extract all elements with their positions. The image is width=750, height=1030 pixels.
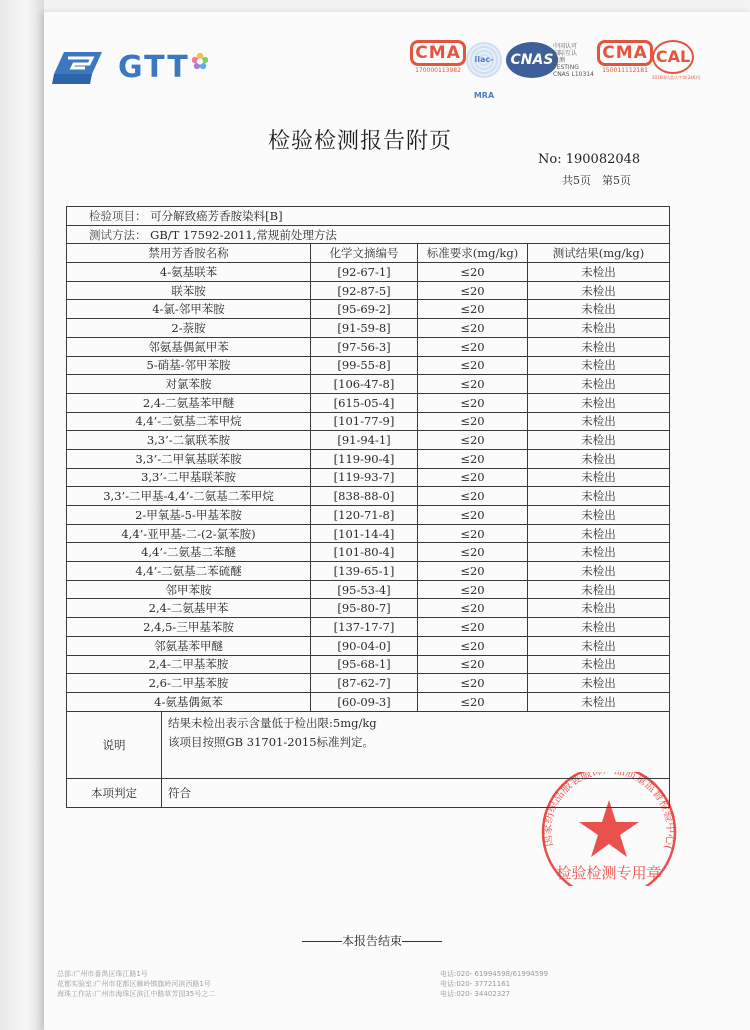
cell-limit: ≤20 bbox=[418, 580, 528, 599]
page-edge bbox=[0, 0, 44, 1030]
cell-limit: ≤20 bbox=[418, 356, 528, 375]
cell-limit: ≤20 bbox=[418, 636, 528, 655]
cell-limit: ≤20 bbox=[418, 674, 528, 693]
cma-mark: CMA bbox=[597, 40, 653, 66]
table-row: 3,3’-二甲基-4,4’-二氨基二苯甲烷[838-88-0]≤20未检出 bbox=[67, 487, 670, 506]
cnas-caption: 中国认可 国际互认 检测 TESTING CNAS L10314 bbox=[553, 43, 594, 78]
cell-result: 未检出 bbox=[528, 449, 670, 468]
cell-name: 3,3’-二甲基联苯胺 bbox=[67, 468, 311, 487]
cell-result: 未检出 bbox=[528, 562, 670, 581]
cell-name: 3,3’-二甲基-4,4’-二氨基二苯甲烷 bbox=[67, 487, 311, 506]
report-number: No: 190082048 bbox=[538, 152, 640, 167]
address-line: 花都实验室:广州市花都区狮岭镇旗岭河滨西路1号 bbox=[57, 979, 215, 989]
cell-limit: ≤20 bbox=[418, 449, 528, 468]
cell-name: 3,3’-二甲氧基联苯胺 bbox=[67, 449, 311, 468]
cell-cas: [95-53-4] bbox=[311, 580, 418, 599]
cell-name: 2,4-二氨基甲苯 bbox=[67, 599, 311, 618]
cell-limit: ≤20 bbox=[418, 692, 528, 711]
cell-name: 邻氨基偶氮甲苯 bbox=[67, 337, 311, 356]
table-row: 邻氨基苯甲醚[90-04-0]≤20未检出 bbox=[67, 636, 670, 655]
item-label: 检验项目： bbox=[89, 209, 147, 223]
cell-name: 4,4’-二氨基二苯硫醚 bbox=[67, 562, 311, 581]
item-cell: 检验项目： 可分解致癌芳香胺染料[B] bbox=[67, 207, 670, 226]
cell-result: 未检出 bbox=[528, 636, 670, 655]
summary-table: 说明结果未检出表示含量低于检出限:5mg/kg该项目按照GB 31701-201… bbox=[66, 711, 670, 808]
cell-cas: [101-80-4] bbox=[311, 543, 418, 562]
cell-name: 2,6-二甲基苯胺 bbox=[67, 674, 311, 693]
cell-cas: [87-62-7] bbox=[311, 674, 418, 693]
column-header-limit: 标准要求(mg/kg) bbox=[418, 244, 528, 263]
cell-result: 未检出 bbox=[528, 580, 670, 599]
cnas-line: 中国认可 bbox=[553, 43, 594, 50]
cell-result: 未检出 bbox=[528, 431, 670, 450]
table-row: 邻氨基偶氮甲苯[97-56-3]≤20未检出 bbox=[67, 337, 670, 356]
cell-name: 3,3’-二氯联苯胺 bbox=[67, 431, 311, 450]
cell-result: 未检出 bbox=[528, 524, 670, 543]
cell-limit: ≤20 bbox=[418, 375, 528, 394]
cell-result: 未检出 bbox=[528, 337, 670, 356]
cal-number: 2016国认监认字第(246)号 bbox=[652, 75, 701, 81]
footer-phones: 电话:020- 61994598/61994599 电话:020- 377211… bbox=[440, 969, 548, 999]
table-row: 2,4-二氨基苯甲醚[615-05-4]≤20未检出 bbox=[67, 393, 670, 412]
cell-cas: [95-68-1] bbox=[311, 655, 418, 674]
cell-result: 未检出 bbox=[528, 468, 670, 487]
cma-number: 150011112181 bbox=[597, 67, 653, 74]
cell-name: 4-氨基偶氮苯 bbox=[67, 692, 311, 711]
cnas-mark: CNAS bbox=[506, 42, 558, 78]
table-row: 联苯胺[92-87-5]≤20未检出 bbox=[67, 281, 670, 300]
cell-cas: [95-80-7] bbox=[311, 599, 418, 618]
cell-cas: [92-87-5] bbox=[311, 281, 418, 300]
report-number-value: 190082048 bbox=[566, 152, 640, 167]
cell-limit: ≤20 bbox=[418, 300, 528, 319]
table-row: 4,4’-二氨基二苯甲烷[101-77-9]≤20未检出 bbox=[67, 412, 670, 431]
cell-cas: [119-90-4] bbox=[311, 449, 418, 468]
cell-name: 5-硝基-邻甲苯胺 bbox=[67, 356, 311, 375]
page-title: 检验检测报告附页 bbox=[268, 124, 452, 155]
table-row: 2,6-二甲基苯胺[87-62-7]≤20未检出 bbox=[67, 674, 670, 693]
cell-cas: [95-69-2] bbox=[311, 300, 418, 319]
cell-limit: ≤20 bbox=[418, 562, 528, 581]
divider bbox=[402, 941, 442, 942]
verdict-row: 本项判定符合 bbox=[67, 778, 670, 807]
column-header-row: 禁用芳香胺名称 化学文摘编号 标准要求(mg/kg) 测试结果(mg/kg) bbox=[67, 244, 670, 263]
cell-cas: [137-17-7] bbox=[311, 618, 418, 637]
cell-name: 2,4-二甲基苯胺 bbox=[67, 655, 311, 674]
table-row: 4,4’-二氨基二苯醚[101-80-4]≤20未检出 bbox=[67, 543, 670, 562]
cell-limit: ≤20 bbox=[418, 412, 528, 431]
table-row: 2-甲氧基-5-甲基苯胺[120-71-8]≤20未检出 bbox=[67, 506, 670, 525]
cell-cas: [90-04-0] bbox=[311, 636, 418, 655]
cell-name: 2-萘胺 bbox=[67, 319, 311, 338]
column-header-cas: 化学文摘编号 bbox=[311, 244, 418, 263]
column-header-name: 禁用芳香胺名称 bbox=[67, 244, 311, 263]
cell-name: 4,4’-二氨基二苯甲烷 bbox=[67, 412, 311, 431]
address-line: 海珠工作站:广州市海珠区滨江中路草芳园35号之二 bbox=[57, 989, 215, 999]
method-cell: 测试方法： GB/T 17592-2011,常规前处理方法 bbox=[67, 225, 670, 244]
cell-name: 2,4-二氨基苯甲醚 bbox=[67, 393, 311, 412]
cma-cert-2: CMA 150011112181 bbox=[597, 40, 653, 74]
notes-label: 说明 bbox=[67, 711, 162, 778]
cell-result: 未检出 bbox=[528, 300, 670, 319]
cell-name: 2-甲氧基-5-甲基苯胺 bbox=[67, 506, 311, 525]
phone-line: 电话:020- 37721161 bbox=[440, 979, 548, 989]
svg-text:检验检测专用章: 检验检测专用章 bbox=[556, 864, 661, 882]
cell-limit: ≤20 bbox=[418, 281, 528, 300]
cnas-line: 国际互认 bbox=[553, 50, 594, 57]
flower-icon bbox=[192, 53, 208, 69]
cell-limit: ≤20 bbox=[418, 599, 528, 618]
cell-cas: [101-77-9] bbox=[311, 412, 418, 431]
cell-cas: [97-56-3] bbox=[311, 337, 418, 356]
cell-cas: [60-09-3] bbox=[311, 692, 418, 711]
cell-result: 未检出 bbox=[528, 487, 670, 506]
table-row: 4-氨基联苯[92-67-1]≤20未检出 bbox=[67, 263, 670, 282]
verdict-value: 符合 bbox=[162, 778, 670, 807]
cell-name: 4-氨基联苯 bbox=[67, 263, 311, 282]
report-number-label: No: bbox=[538, 152, 562, 167]
cnas-cert: CNAS bbox=[506, 42, 558, 78]
cma-number: 170000113982 bbox=[410, 67, 466, 74]
phone-line: 电话:020- 34402327 bbox=[440, 989, 548, 999]
table-row: 邻甲苯胺[95-53-4]≤20未检出 bbox=[67, 580, 670, 599]
column-header-result: 测试结果(mg/kg) bbox=[528, 244, 670, 263]
table-row: 2-萘胺[91-59-8]≤20未检出 bbox=[67, 319, 670, 338]
cell-cas: [139-65-1] bbox=[311, 562, 418, 581]
ilac-cert: ilac-MRA bbox=[466, 42, 502, 78]
item-value: 可分解致癌芳香胺染料[B] bbox=[150, 209, 282, 223]
verdict-label: 本项判定 bbox=[67, 778, 162, 807]
cell-name: 邻氨基苯甲醚 bbox=[67, 636, 311, 655]
cell-limit: ≤20 bbox=[418, 506, 528, 525]
method-value: GB/T 17592-2011,常规前处理方法 bbox=[150, 228, 337, 242]
notes-content: 结果未检出表示含量低于检出限:5mg/kg该项目按照GB 31701-2015标… bbox=[162, 711, 670, 778]
results-table: 检验项目： 可分解致癌芳香胺染料[B] 测试方法： GB/T 17592-201… bbox=[66, 206, 670, 712]
cell-name: 对氯苯胺 bbox=[67, 375, 311, 394]
notes-row: 说明结果未检出表示含量低于检出限:5mg/kg该项目按照GB 31701-201… bbox=[67, 711, 670, 778]
summary-section: 说明结果未检出表示含量低于检出限:5mg/kg该项目按照GB 31701-201… bbox=[66, 711, 670, 808]
page-info: 共5页 第5页 bbox=[562, 172, 631, 188]
cell-result: 未检出 bbox=[528, 319, 670, 338]
cell-result: 未检出 bbox=[528, 281, 670, 300]
cell-name: 联苯胺 bbox=[67, 281, 311, 300]
table-row: 3,3’-二甲基联苯胺[119-93-7]≤20未检出 bbox=[67, 468, 670, 487]
cnas-line: 检测 bbox=[553, 57, 594, 64]
cell-result: 未检出 bbox=[528, 692, 670, 711]
cell-result: 未检出 bbox=[528, 506, 670, 525]
cell-result: 未检出 bbox=[528, 375, 670, 394]
table-row: 5-硝基-邻甲苯胺[99-55-8]≤20未检出 bbox=[67, 356, 670, 375]
cell-limit: ≤20 bbox=[418, 655, 528, 674]
cell-name: 4,4’-亚甲基-二-(2-氯苯胺) bbox=[67, 524, 311, 543]
cell-result: 未检出 bbox=[528, 412, 670, 431]
cell-name: 4,4’-二氨基二苯醚 bbox=[67, 543, 311, 562]
note-line: 结果未检出表示含量低于检出限:5mg/kg bbox=[168, 714, 669, 733]
table-row: 3,3’-二甲氧基联苯胺[119-90-4]≤20未检出 bbox=[67, 449, 670, 468]
address-line: 总部:广州市番禺区珠江路1号 bbox=[57, 969, 215, 979]
cell-limit: ≤20 bbox=[418, 319, 528, 338]
gtt-logo: GTT bbox=[52, 50, 208, 85]
cell-cas: [106-47-8] bbox=[311, 375, 418, 394]
cell-cas: [615-05-4] bbox=[311, 393, 418, 412]
cell-limit: ≤20 bbox=[418, 543, 528, 562]
table-row: 2,4-二氨基甲苯[95-80-7]≤20未检出 bbox=[67, 599, 670, 618]
cell-result: 未检出 bbox=[528, 263, 670, 282]
cnas-line: CNAS L10314 bbox=[553, 71, 594, 78]
table-row: 4,4’-二氨基二苯硫醚[139-65-1]≤20未检出 bbox=[67, 562, 670, 581]
cell-result: 未检出 bbox=[528, 393, 670, 412]
cal-cert: CAL 2016国认监认字第(246)号 bbox=[652, 40, 701, 81]
method-row: 测试方法： GB/T 17592-2011,常规前处理方法 bbox=[67, 225, 670, 244]
cell-limit: ≤20 bbox=[418, 431, 528, 450]
footer-addresses: 总部:广州市番禺区珠江路1号 花都实验室:广州市花都区狮岭镇旗岭河滨西路1号 海… bbox=[57, 969, 215, 999]
phone-line: 电话:020- 61994598/61994599 bbox=[440, 969, 548, 979]
cell-name: 4-氯-邻甲苯胺 bbox=[67, 300, 311, 319]
method-label: 测试方法： bbox=[89, 228, 147, 242]
cell-limit: ≤20 bbox=[418, 263, 528, 282]
table-row: 4,4’-亚甲基-二-(2-氯苯胺)[101-14-4]≤20未检出 bbox=[67, 524, 670, 543]
table-row: 4-氨基偶氮苯[60-09-3]≤20未检出 bbox=[67, 692, 670, 711]
cell-limit: ≤20 bbox=[418, 337, 528, 356]
cell-cas: [92-67-1] bbox=[311, 263, 418, 282]
cell-cas: [838-88-0] bbox=[311, 487, 418, 506]
ilac-mark: ilac-MRA bbox=[466, 42, 502, 78]
cell-cas: [91-59-8] bbox=[311, 319, 418, 338]
table-row: 2,4-二甲基苯胺[95-68-1]≤20未检出 bbox=[67, 655, 670, 674]
cma-mark: CMA bbox=[410, 40, 466, 66]
cell-limit: ≤20 bbox=[418, 468, 528, 487]
cell-limit: ≤20 bbox=[418, 487, 528, 506]
cell-result: 未检出 bbox=[528, 674, 670, 693]
report-end-marker: 本报告结束 bbox=[302, 932, 442, 949]
cell-result: 未检出 bbox=[528, 356, 670, 375]
cell-limit: ≤20 bbox=[418, 524, 528, 543]
cell-cas: [119-93-7] bbox=[311, 468, 418, 487]
table-row: 4-氯-邻甲苯胺[95-69-2]≤20未检出 bbox=[67, 300, 670, 319]
cnas-line: TESTING bbox=[553, 64, 594, 71]
cell-name: 2,4,5-三甲基苯胺 bbox=[67, 618, 311, 637]
item-row: 检验项目： 可分解致癌芳香胺染料[B] bbox=[67, 207, 670, 226]
cal-mark: CAL bbox=[652, 40, 694, 74]
cell-limit: ≤20 bbox=[418, 618, 528, 637]
note-line: 该项目按照GB 31701-2015标准判定。 bbox=[168, 733, 669, 752]
report-end-text: 本报告结束 bbox=[342, 934, 402, 948]
brand-name: GTT bbox=[118, 50, 190, 85]
cma-cert-1: CMA 170000113982 bbox=[410, 40, 466, 74]
table-row: 3,3’-二氯联苯胺[91-94-1]≤20未检出 bbox=[67, 431, 670, 450]
cell-result: 未检出 bbox=[528, 655, 670, 674]
cell-result: 未检出 bbox=[528, 599, 670, 618]
cell-cas: [101-14-4] bbox=[311, 524, 418, 543]
table-row: 2,4,5-三甲基苯胺[137-17-7]≤20未检出 bbox=[67, 618, 670, 637]
cell-cas: [91-94-1] bbox=[311, 431, 418, 450]
cell-cas: [120-71-8] bbox=[311, 506, 418, 525]
cell-result: 未检出 bbox=[528, 543, 670, 562]
table-row: 对氯苯胺[106-47-8]≤20未检出 bbox=[67, 375, 670, 394]
cell-limit: ≤20 bbox=[418, 393, 528, 412]
gtt-logo-mark-icon bbox=[52, 52, 102, 84]
cell-result: 未检出 bbox=[528, 618, 670, 637]
cell-cas: [99-55-8] bbox=[311, 356, 418, 375]
divider bbox=[302, 941, 342, 942]
cell-name: 邻甲苯胺 bbox=[67, 580, 311, 599]
